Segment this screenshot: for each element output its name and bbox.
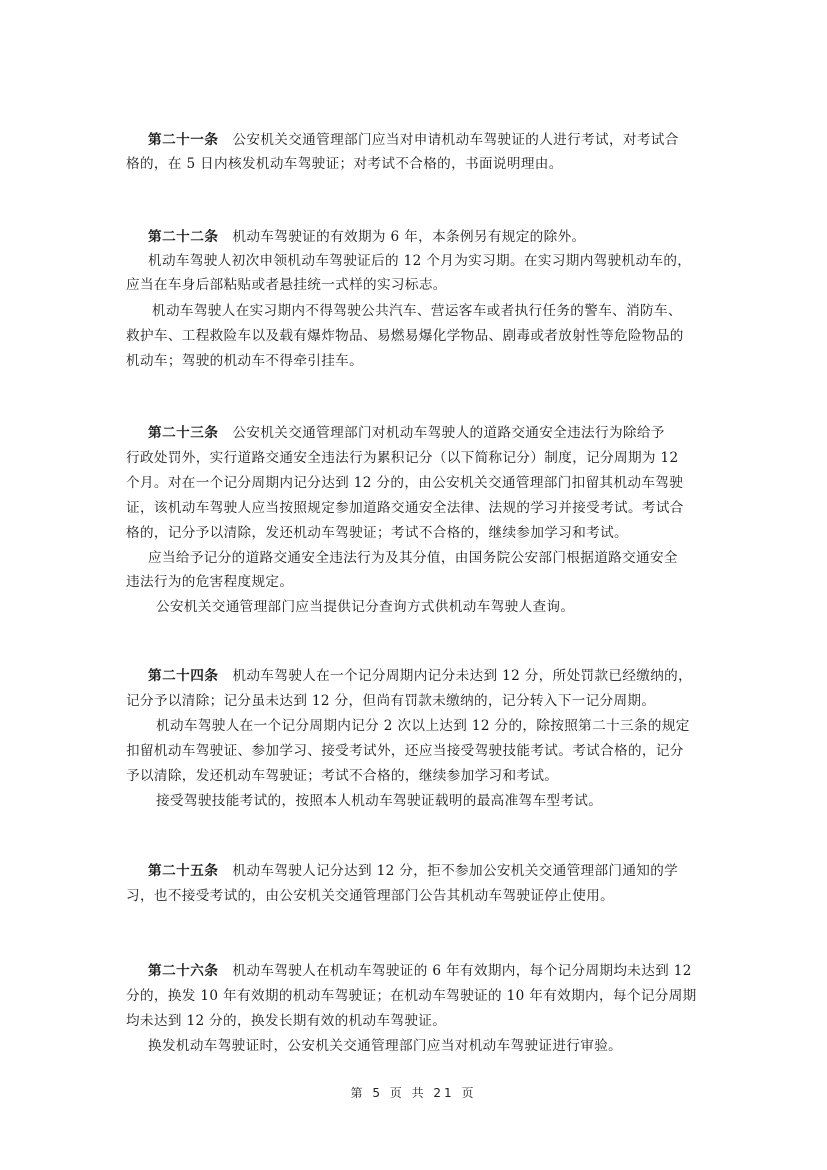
article-number: 第二十五条: [148, 863, 218, 879]
article-text: 记分予以清除；记分虽未达到 12 分，但尚有罚款未缴纳的，记分转入下一记分周期。: [126, 693, 655, 709]
article-text: 机动车驾驶人在实习期内不得驾驶公共汽车、营运客车或者执行任务的警车、消防车、: [152, 303, 682, 319]
article-text: 格的，记分予以清除，发还机动车驾驶证；考试不合格的，继续参加学习和考试。: [126, 525, 628, 541]
article-number: 第二十二条: [148, 229, 218, 245]
article-heading-line: 第二十五条机动车驾驶人记分达到 12 分，拒不参加公安机关交通管理部门通知的学: [148, 862, 678, 880]
article-body-line: 违法行为的危害程度规定。: [126, 573, 293, 591]
article-text: 救护车、工程救险车以及载有爆炸物品、易燃易爆化学物品、剧毒或者放射性等危险物品的: [126, 328, 684, 344]
article-text: 机动车驾驶人在一个记分周期内记分未达到 12 分，所处罚款已经缴纳的，: [232, 668, 692, 684]
article-text: 机动车；驾驶的机动车不得牵引挂车。: [126, 353, 363, 369]
article-heading-line: 第二十二条机动车驾驶证的有效期为 6 年，本条例另有规定的除外。: [148, 228, 585, 246]
article-body-line: 应当给予记分的道路交通安全违法行为及其分值，由国务院公安部门根据道路交通安全: [148, 549, 678, 567]
article-body-line: 救护车、工程救险车以及载有爆炸物品、易燃易爆化学物品、剧毒或者放射性等危险物品的: [126, 327, 684, 345]
page-footer: 第 5 页 共 21 页: [0, 1084, 827, 1101]
article-body-line: 机动车；驾驶的机动车不得牵引挂车。: [126, 352, 363, 370]
article-body-line: 换发机动车驾驶证时，公安机关交通管理部门应当对机动车驾驶证进行审验。: [148, 1037, 622, 1055]
article-text: 习，也不接受考试的，由公安机关交通管理部门公告其机动车驾驶证停止使用。: [126, 888, 614, 904]
article-body-line: 行政处罚外，实行道路交通安全违法行为累积记分（以下简称记分）制度，记分周期为 1…: [126, 449, 679, 467]
article-text: 均未达到 12 分的，换发长期有效的机动车驾驶证。: [126, 1013, 446, 1029]
article-body-line: 机动车驾驶人在一个记分周期内记分 2 次以上达到 12 分的，除按照第二十三条的…: [156, 717, 690, 735]
article-text: 行政处罚外，实行道路交通安全违法行为累积记分（以下简称记分）制度，记分周期为 1…: [126, 450, 679, 466]
article-number: 第二十三条: [148, 425, 218, 441]
article-text: 个月。对在一个记分周期内记分达到 12 分的，由公安机关交通管理部门扣留其机动车…: [126, 475, 683, 491]
article-number: 第二十一条: [148, 132, 218, 148]
article-body-line: 均未达到 12 分的，换发长期有效的机动车驾驶证。: [126, 1012, 446, 1030]
article-body-line: 应当在车身后部粘贴或者悬挂统一式样的实习标志。: [126, 276, 447, 294]
article-body-line: 证，该机动车驾驶人应当按照规定参加道路交通安全法律、法规的学习并接受考试。考试合: [126, 499, 684, 517]
article-body-line: 机动车驾驶人初次申领机动车驾驶证后的 12 个月为实习期。在实习期内驾驶机动车的…: [148, 252, 691, 270]
article-heading-line: 第二十三条公安机关交通管理部门对机动车驾驶人的道路交通安全违法行为除给予: [148, 424, 665, 442]
article-text: 公安机关交通管理部门应当提供记分查询方式供机动车驾驶人查询。: [156, 599, 574, 615]
article-body-line: 机动车驾驶人在实习期内不得驾驶公共汽车、营运客车或者执行任务的警车、消防车、: [152, 302, 682, 320]
article-text: 违法行为的危害程度规定。: [126, 574, 293, 590]
article-heading-line: 第二十四条机动车驾驶人在一个记分周期内记分未达到 12 分，所处罚款已经缴纳的，: [148, 667, 692, 685]
article-text: 机动车驾驶人在一个记分周期内记分 2 次以上达到 12 分的，除按照第二十三条的…: [156, 718, 690, 734]
article-text: 换发机动车驾驶证时，公安机关交通管理部门应当对机动车驾驶证进行审验。: [148, 1038, 622, 1054]
article-number: 第二十四条: [148, 668, 218, 684]
article-text: 应当在车身后部粘贴或者悬挂统一式样的实习标志。: [126, 277, 447, 293]
article-text: 应当给予记分的道路交通安全违法行为及其分值，由国务院公安部门根据道路交通安全: [148, 550, 678, 566]
article-body-line: 格的，在 5 日内核发机动车驾驶证；对考试不合格的，书面说明理由。: [126, 155, 563, 173]
article-text: 机动车驾驶人初次申领机动车驾驶证后的 12 个月为实习期。在实习期内驾驶机动车的…: [148, 253, 691, 269]
article-text: 证，该机动车驾驶人应当按照规定参加道路交通安全法律、法规的学习并接受考试。考试合: [126, 500, 684, 516]
article-body-line: 公安机关交通管理部门应当提供记分查询方式供机动车驾驶人查询。: [156, 598, 574, 616]
article-body-line: 扣留机动车驾驶证、参加学习、接受考试外，还应当接受驾驶技能考试。考试合格的，记分: [126, 742, 684, 760]
article-body-line: 接受驾驶技能考试的，按照本人机动车驾驶证载明的最高准驾车型考试。: [156, 792, 602, 810]
article-body-line: 个月。对在一个记分周期内记分达到 12 分的，由公安机关交通管理部门扣留其机动车…: [126, 474, 683, 492]
article-text: 扣留机动车驾驶证、参加学习、接受考试外，还应当接受驾驶技能考试。考试合格的，记分: [126, 743, 684, 759]
article-text: 格的，在 5 日内核发机动车驾驶证；对考试不合格的，书面说明理由。: [126, 156, 563, 172]
article-heading-line: 第二十六条机动车驾驶人在机动车驾驶证的 6 年有效期内，每个记分周期均未达到 1…: [148, 962, 692, 980]
article-body-line: 格的，记分予以清除，发还机动车驾驶证；考试不合格的，继续参加学习和考试。: [126, 524, 628, 542]
article-text: 予以清除，发还机动车驾驶证；考试不合格的，继续参加学习和考试。: [126, 768, 558, 784]
article-text: 机动车驾驶人记分达到 12 分，拒不参加公安机关交通管理部门通知的学: [232, 863, 678, 879]
article-text: 公安机关交通管理部门对机动车驾驶人的道路交通安全违法行为除给予: [232, 425, 664, 441]
article-body-line: 记分予以清除；记分虽未达到 12 分，但尚有罚款未缴纳的，记分转入下一记分周期。: [126, 692, 655, 710]
article-heading-line: 第二十一条公安机关交通管理部门应当对申请机动车驾驶证的人进行考试，对考试合: [148, 131, 679, 149]
article-body-line: 分的，换发 10 年有效期的机动车驾驶证；在机动车驾驶证的 10 年有效期内，每…: [126, 987, 697, 1005]
article-text: 机动车驾驶人在机动车驾驶证的 6 年有效期内，每个记分周期均未达到 12: [232, 963, 691, 979]
article-body-line: 习，也不接受考试的，由公安机关交通管理部门公告其机动车驾驶证停止使用。: [126, 887, 614, 905]
article-text: 分的，换发 10 年有效期的机动车驾驶证；在机动车驾驶证的 10 年有效期内，每…: [126, 988, 697, 1004]
article-body-line: 予以清除，发还机动车驾驶证；考试不合格的，继续参加学习和考试。: [126, 767, 558, 785]
article-text: 接受驾驶技能考试的，按照本人机动车驾驶证载明的最高准驾车型考试。: [156, 793, 602, 809]
article-text: 机动车驾驶证的有效期为 6 年，本条例另有规定的除外。: [232, 229, 585, 245]
article-text: 公安机关交通管理部门应当对申请机动车驾驶证的人进行考试，对考试合: [232, 132, 678, 148]
article-number: 第二十六条: [148, 963, 218, 979]
